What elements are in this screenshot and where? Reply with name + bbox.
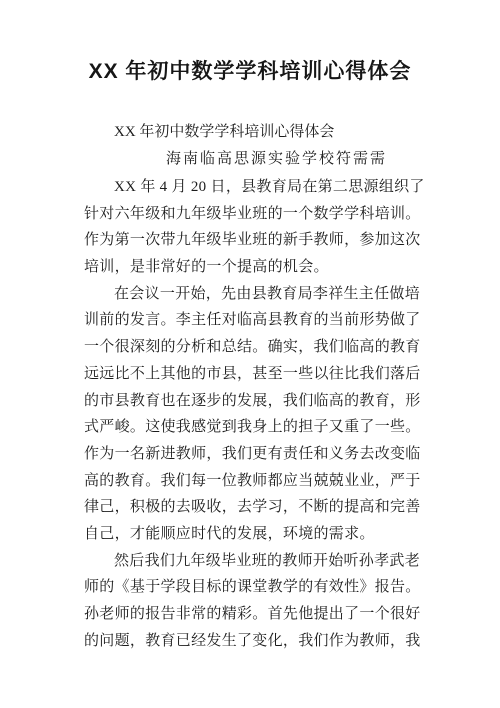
text-line: 高的教育。我们每一位教师都应当兢兢业业，严于	[84, 468, 444, 495]
text-line: 作为一名新进教师，我们更有责任和义务去改变临	[84, 441, 444, 468]
author-line: 海南临高思源实验学校符需需	[166, 147, 387, 168]
text-line: 在会议一开始，先由县教育局李祥生主任做培	[84, 281, 444, 308]
text-line: 自己，才能顺应时代的发展，环境的需求。	[84, 521, 444, 548]
text-line: 训前的发言。李主任对临高县教育的当前形势做了	[84, 307, 444, 334]
text-line: XX 年 4 月 20 日，县教育局在第二思源组织了	[84, 174, 444, 201]
text-line: 作为第一次带九年级毕业班的新手教师，参加这次	[84, 227, 444, 254]
text-line: 式严峻。这使我感觉到我身上的担子又重了一些。	[84, 414, 444, 441]
heading-line: XX 年初中数学学科培训心得体会	[114, 120, 334, 141]
text-line: 然后我们九年级毕业班的教师开始听孙孝武老	[84, 548, 444, 575]
text-line: 的市县教育也在逐步的发展，我们临高的教育，形	[84, 388, 444, 415]
body-text: XX 年 4 月 20 日，县教育局在第二思源组织了 针对六年级和九年级毕业班的…	[84, 174, 444, 654]
text-line: 师的《基于学段目标的课堂教学的有效性》报告。	[84, 574, 444, 601]
text-line: 一个很深刻的分析和总结。确实，我们临高的教育	[84, 334, 444, 361]
text-line: 孙老师的报告非常的精彩。首先他提出了一个很好	[84, 601, 444, 628]
text-line: 培训，是非常好的一个提高的机会。	[84, 254, 444, 281]
text-line: 律己，积极的去吸收，去学习，不断的提高和完善	[84, 494, 444, 521]
text-line: 针对六年级和九年级毕业班的一个数学学科培训。	[84, 201, 444, 228]
document-page: XX 年初中数学学科培训心得体会 XX 年初中数学学科培训心得体会 海南临高思源…	[0, 0, 500, 708]
text-line: 的问题，教育已经发生了变化，我们作为教师，我	[84, 628, 444, 655]
text-line: 远远比不上其他的市县，甚至一些以往比我们落后	[84, 361, 444, 388]
document-title: XX 年初中数学学科培训心得体会	[0, 55, 500, 85]
